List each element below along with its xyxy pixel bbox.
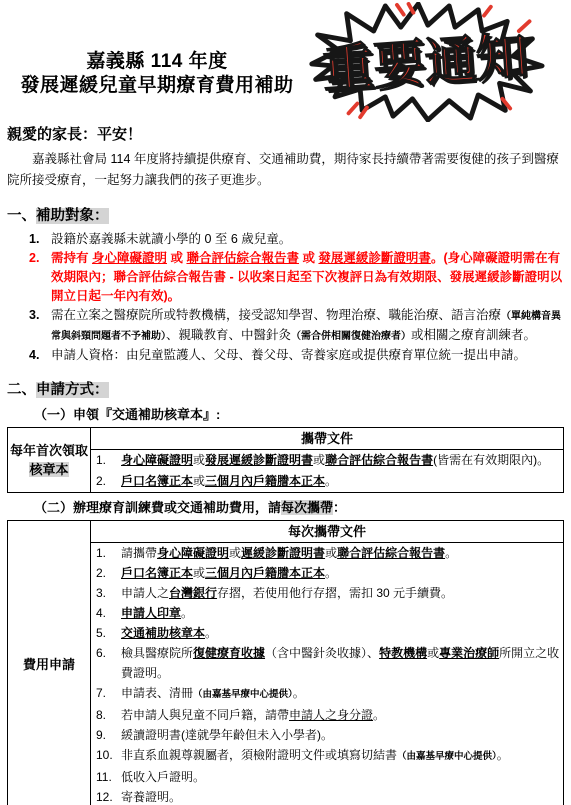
item-text-segment: 或 (193, 453, 205, 467)
item-text-segment: 。 (325, 566, 337, 580)
item-number: 5. (96, 623, 106, 643)
intro-paragraph: 嘉義縣社會局 114 年度將持續提供療育、交通補助費，期待家長持續帶著需要復健的… (7, 149, 564, 191)
item-text: 寄養證明。 (121, 790, 181, 804)
table1-column-header: 攜帶文件 (91, 428, 564, 450)
table1-row-header: 每年首次領取 核章本 (8, 428, 91, 493)
item-text-segment: 或 (427, 646, 439, 660)
item-text-segment: 存摺，若使用他行存摺，需扣 30 元手續費。 (217, 586, 453, 600)
underlined-term: 發展遲緩診斷證明書 (205, 453, 313, 467)
item-number: 4. (29, 346, 39, 365)
underlined-term: 身心障礙證明 (121, 453, 193, 467)
page-title: 嘉義縣 114 年度 發展遲緩兒童早期療育費用補助 (7, 50, 307, 98)
item-text-segment: 檢具醫療院所 (121, 646, 193, 660)
document-page: 嘉義縣 114 年度 發展遲緩兒童早期療育費用補助 重要通知 重要通知 親愛的家… (0, 0, 571, 805)
item-text-segment: 。 (497, 748, 509, 762)
table-row: 11.低收入戶證明。 (93, 767, 561, 787)
item-text-segment: 。 (181, 606, 193, 620)
small-note: （由嘉基早療中心提供） (193, 689, 293, 700)
item-number: 1. (96, 450, 106, 471)
underlined-term: 遲緩診斷證明書 (241, 546, 325, 560)
underlined-term: 特教機構 (379, 646, 427, 660)
list-item: 4.申請人資格：由兒童監護人、父母、養父母、寄養家庭或提供療育單位統一提出申請。 (27, 346, 564, 365)
underlined-term: 專業治療師 (439, 646, 499, 660)
item-text-segment: 若申請人與兒童不同戶籍，請帶 (121, 708, 289, 722)
table2-row-header: 費用申請 (8, 521, 91, 805)
item-number: 12. (96, 787, 113, 805)
table-row: 7.申請表、清冊（由嘉基早療中心提供）。 (93, 683, 561, 705)
item-text-segment: 需在立案之醫療院所或特教機構，接受認知學習、物理治療、職能治療、語言治療 (51, 308, 501, 322)
important-notice-stamp: 重要通知 重要通知 (300, 2, 550, 122)
item-text-segment: 、親職教育、中醫針灸 (166, 328, 291, 342)
section1-heading: 一、補助對象： (7, 206, 564, 226)
title-line-1: 嘉義縣 114 年度 (7, 50, 307, 74)
section2-title: 申請方式： (36, 382, 109, 398)
item-number: 7. (96, 683, 106, 703)
table-row: 10.非直系血親尊親屬者，須檢附證明文件或填寫切結書（由嘉基早療中心提供）。 (93, 745, 561, 767)
item-text-segment: 申請人之 (121, 586, 169, 600)
list-item: 3.需在立案之醫療院所或特教機構，接受認知學習、物理治療、職能治療、語言治療（單… (27, 306, 564, 346)
item-number: 10. (96, 745, 113, 765)
section1-list: 1.設籍於嘉義縣未就讀小學的 0 至 6 歲兒童。 2.需持有 身心障礙證明 或… (27, 230, 564, 365)
underlined-term: 申請人之身分證 (289, 708, 373, 722)
table-row: 1.請攜帶身心障礙證明或遲緩診斷證明書或聯合評估綜合報告書。 (93, 543, 561, 563)
item-text-segment: 、 (367, 646, 379, 660)
table-row: 4.申請人印章。 (93, 603, 561, 623)
title-line-2: 發展遲緩兒童早期療育費用補助 (7, 74, 307, 98)
item-text-segment: 。 (293, 686, 305, 700)
item-text-segment: 。 (325, 474, 337, 488)
small-note: （由嘉基早療中心提供） (397, 751, 497, 762)
underlined-term: 身心障礙證明 (92, 251, 167, 265)
item-number: 1. (29, 230, 39, 249)
table-row: 3.申請人之台灣銀行存摺，若使用他行存摺，需扣 30 元手續費。 (93, 583, 561, 603)
item-text-segment: 或 (313, 453, 325, 467)
fee-application-table: 費用申請 每次攜帶文件 1.請攜帶身心障礙證明或遲緩診斷證明書或聯合評估綜合報告… (7, 520, 564, 805)
document-header: 嘉義縣 114 年度 發展遲緩兒童早期療育費用補助 重要通知 重要通知 (7, 0, 564, 122)
underlined-term: 戶口名簿正本 (121, 474, 193, 488)
subsection2-text: （二）辦理療育訓練費或交通補助費用，請 (34, 500, 281, 515)
underlined-term: 台灣銀行 (169, 586, 217, 600)
item-text-segment: 申請表、清冊 (121, 686, 193, 700)
greeting: 親愛的家長：平安！ (7, 125, 564, 145)
subsection2-colon: ： (333, 500, 346, 515)
item-number: 6. (96, 643, 106, 663)
item-text: 申請人資格：由兒童監護人、父母、養父母、寄養家庭或提供療育單位統一提出申請。 (51, 348, 526, 362)
underlined-term: 聯合評估綜合報告書 (325, 453, 433, 467)
table-row: 2.戶口名簿正本或三個月內戶籍謄本正本。 (93, 471, 561, 492)
item-number: 9. (96, 725, 106, 745)
underlined-term: 復健療育收據 (193, 646, 265, 660)
section1-number: 一、 (7, 208, 36, 224)
item-text-segment: 。 (373, 708, 385, 722)
item-text-segment: 需持有 (51, 251, 92, 265)
table2-body-cell: 1.請攜帶身心障礙證明或遲緩診斷證明書或聯合評估綜合報告書。 2.戶口名簿正本或… (91, 543, 564, 805)
item-number: 1. (96, 543, 106, 563)
item-text-segment: 或 (193, 474, 205, 488)
item-number: 3. (29, 306, 39, 325)
underlined-term: 交通補助核章本 (121, 626, 205, 640)
item-number: 8. (96, 705, 106, 725)
table1-body-cell: 1.身心障礙證明或發展遲緩診斷證明書或聯合評估綜合報告書(皆需在有效期限內)。 … (91, 450, 564, 493)
item-text-segment: 或 (299, 251, 318, 265)
underlined-term: 聯合評估綜合報告書 (337, 546, 445, 560)
table2-column-header: 每次攜帶文件 (91, 521, 564, 543)
table-row: 8.若申請人與兒童不同戶籍，請帶申請人之身分證。 (93, 705, 561, 725)
item-text-segment: 。 (205, 626, 217, 640)
item-text-segment: (皆需在有效期限內)。 (433, 453, 549, 467)
subsection1-heading: （一）申領『交通補助核章本』: (34, 406, 564, 424)
item-text-segment: 或 (167, 251, 186, 265)
subsection2-heading: （二）辦理療育訓練費或交通補助費用，請每次攜帶： (34, 499, 564, 517)
item-number: 2. (29, 249, 39, 268)
list-item: 2.需持有 身心障礙證明 或 聯合評估綜合報告書 或 發展遲緩診斷證明書。(身心… (27, 249, 564, 306)
item-text: 緩讀證明書(達就學年齡但未入小學者)。 (121, 728, 333, 742)
underlined-term: 三個月內戶籍謄本正本 (205, 474, 325, 488)
table-row: 6.檢具醫療院所復健療育收據（含中醫針灸收據）、特教機構或專業治療師所開立之收費… (93, 643, 561, 683)
table-row: 1.身心障礙證明或發展遲緩診斷證明書或聯合評估綜合報告書(皆需在有效期限內)。 (93, 450, 561, 471)
underlined-term: 身心障礙證明 (157, 546, 229, 560)
item-number: 3. (96, 583, 106, 603)
item-number: 2. (96, 471, 106, 492)
row-header-line1: 每年首次領取 (8, 441, 90, 460)
underlined-term: 聯合評估綜合報告書 (186, 251, 299, 265)
item-text-segment: 或 (193, 566, 205, 580)
transport-stamp-table: 每年首次領取 核章本 攜帶文件 1.身心障礙證明或發展遲緩診斷證明書或聯合評估綜… (7, 427, 564, 493)
underlined-term: 戶口名簿正本 (121, 566, 193, 580)
underlined-term: 三個月內戶籍謄本正本 (205, 566, 325, 580)
item-number: 4. (96, 603, 106, 623)
item-text-segment: 或相關之療育訓練者。 (411, 328, 536, 342)
bold-term: （含中醫針灸收據） (265, 646, 367, 660)
highlighted-phrase: 每次攜帶 (281, 500, 333, 515)
item-text: 低收入戶證明。 (121, 770, 205, 784)
table-row: 2.戶口名簿正本或三個月內戶籍謄本正本。 (93, 563, 561, 583)
item-text-segment: 或 (229, 546, 241, 560)
list-item: 1.設籍於嘉義縣未就讀小學的 0 至 6 歲兒童。 (27, 230, 564, 249)
small-note: （需合併相關復健治療者） (291, 331, 411, 342)
section1-title: 補助對象： (36, 208, 109, 224)
section2-heading: 二、申請方式： (7, 380, 564, 400)
table-row: 9.緩讀證明書(達就學年齡但未入小學者)。 (93, 725, 561, 745)
item-text-segment: 非直系血親尊親屬者，須檢附證明文件或填寫切結書 (121, 748, 397, 762)
section2-number: 二、 (7, 382, 36, 398)
item-text: 設籍於嘉義縣未就讀小學的 0 至 6 歲兒童。 (51, 232, 291, 246)
table-row: 5.交通補助核章本。 (93, 623, 561, 643)
item-text-segment: 請攜帶 (121, 546, 157, 560)
item-text-segment: 。 (445, 546, 457, 560)
underlined-term: 發展遲緩診斷證明書 (318, 251, 431, 265)
item-text-segment: 或 (325, 546, 337, 560)
underlined-term: 申請人印章 (121, 606, 181, 620)
row-header-line2: 核章本 (29, 462, 68, 477)
item-number: 2. (96, 563, 106, 583)
item-number: 11. (96, 767, 112, 787)
table-row: 12.寄養證明。 (93, 787, 561, 805)
